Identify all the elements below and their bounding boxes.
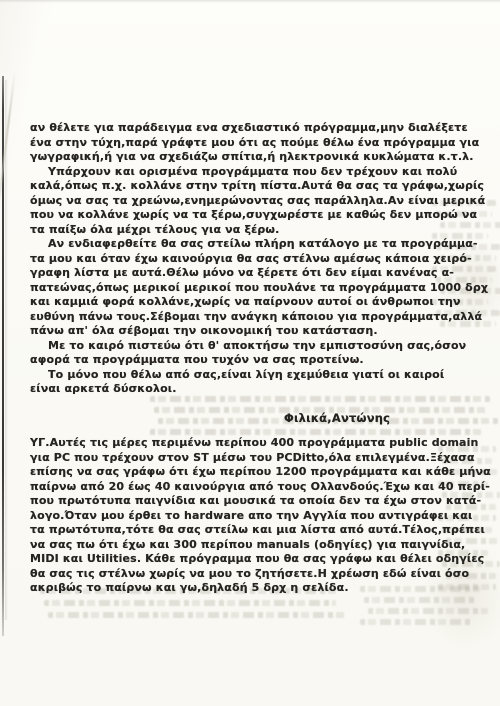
- letter-line: ευθύνη πάνω τους.Σέβομαι την ανάγκη κάπο…: [30, 310, 470, 325]
- postscript-line: επίσης να σας γράφω ότι έχω περίπου 1200…: [30, 465, 480, 480]
- postscript-paragraph: ΥΓ.Αυτές τις μέρες περιμένω περίπου 400 …: [30, 436, 480, 596]
- postscript-line: ΥΓ.Αυτές τις μέρες περιμένω περίπου 400 …: [30, 436, 480, 451]
- paragraph: αν θέλετε για παράδειγμα ενα σχεδιαστικό…: [30, 121, 470, 165]
- postscript-line: για PC που τρέχουν στον ST μέσω του PCDi…: [30, 451, 480, 466]
- letter-line: Υπάρχουν και ορισμένα προγράμματα που δε…: [30, 165, 470, 180]
- scan-left-edge-shadow: [5, 80, 8, 620]
- postscript-line: παίρνω από 20 έως 40 καινούργια από τους…: [30, 480, 480, 495]
- postscript-line: τα πρωτότυπα,τότε θα σας στείλω και μια …: [30, 523, 480, 538]
- letter-line: πάνω απ' όλα σέβομαι την οικονομική του …: [30, 324, 470, 339]
- postscript-line: λογο.Όταν μου έρθει το hardware απο την …: [30, 509, 480, 524]
- signature: Φιλικά,Αντώνης: [284, 411, 390, 425]
- letter-line: όμως να σας τα χρεώνω,ενημερώνοντας σας …: [30, 194, 470, 209]
- scanned-letter-page: αν θέλετε για παράδειγμα ενα σχεδιαστικό…: [0, 0, 500, 706]
- bleedthrough-text-smudge: [150, 396, 490, 402]
- letter-line: τα παίξω όλα μέχρι τέλους για να ξέρω.: [30, 223, 470, 238]
- postscript-line: που πρωτότυπα παιγνίδια και μουσικά τα ο…: [30, 494, 480, 509]
- letter-line: ένα στην τύχη,παρά γράφτε μου ότι ας πού…: [30, 136, 470, 151]
- bleedthrough-text-smudge: [360, 619, 472, 625]
- bleedthrough-text-smudge: [48, 612, 348, 618]
- letter-line: καλά,όπως π.χ. κολλάνε στην τρίτη πίστα.…: [30, 179, 470, 194]
- paragraph: Υπάρχουν και ορισμένα προγράμματα που δε…: [30, 165, 470, 238]
- postscript-line: θα σας τις στέλνω χωρίς να μου το ζητήσε…: [30, 567, 480, 582]
- paragraph: Το μόνο που θέλω από σας,είναι λίγη εχεμ…: [30, 368, 470, 397]
- paragraph: Αν ενδιαφερθείτε θα σας στείλω πλήρη κατ…: [30, 237, 470, 339]
- letter-line: και καμμιά φορά κολλάνε,χωρίς να παίρνου…: [30, 295, 470, 310]
- letter-line: γραφη λίστα με αυτά.Θέλω μόνο να ξέρετε …: [30, 266, 470, 281]
- letter-line: Αν ενδιαφερθείτε θα σας στείλω πλήρη κατ…: [30, 237, 470, 252]
- letter-line: αφορά τα προγράμματα που τυχόν να σας πρ…: [30, 353, 470, 368]
- bleedthrough-text-smudge: [150, 429, 482, 435]
- letter-line: γωγραφική,ή για να σχεδιάζω σπίτια,ή ηλε…: [30, 150, 470, 165]
- bleedthrough-text-smudge: [44, 600, 336, 606]
- postscript-line: να σας πω ότι έχω και 300 περίπου manual…: [30, 538, 480, 553]
- bleedthrough-text-smudge: [368, 608, 488, 614]
- paragraph: Με το καιρό πιστεύω ότι θ' αποκτήσω την …: [30, 339, 470, 368]
- postscript-line: ακριβώς το παίρνω και γω,δηλαδή 5 δρχ η …: [30, 581, 480, 596]
- bleedthrough-text-smudge: [364, 597, 476, 603]
- postscript-line: MIDI και Utilities. Κάθε πρόγραμμα που θ…: [30, 552, 480, 567]
- letter-line: πατεώνας,όπως μερικοί μερικοί που πουλάν…: [30, 281, 470, 296]
- letter-line: είναι αρκετά δύσκολοι.: [30, 382, 470, 397]
- letter-body: αν θέλετε για παράδειγμα ενα σχεδιαστικό…: [30, 121, 470, 397]
- letter-line: που να κολλάνε χωρίς να τα ξέρω,συγχωρέσ…: [30, 208, 470, 223]
- letter-line: Με το καιρό πιστεύω ότι θ' αποκτήσω την …: [30, 339, 470, 354]
- letter-line: Το μόνο που θέλω από σας,είναι λίγη εχεμ…: [30, 368, 470, 383]
- letter-line: αν θέλετε για παράδειγμα ενα σχεδιαστικό…: [30, 121, 470, 136]
- letter-line: τα μου και όταν έχω καινούργια θα σας στ…: [30, 252, 470, 267]
- scan-top-edge-shadow: [0, 0, 500, 3]
- postscript-block: ΥΓ.Αυτές τις μέρες περιμένω περίπου 400 …: [30, 436, 480, 596]
